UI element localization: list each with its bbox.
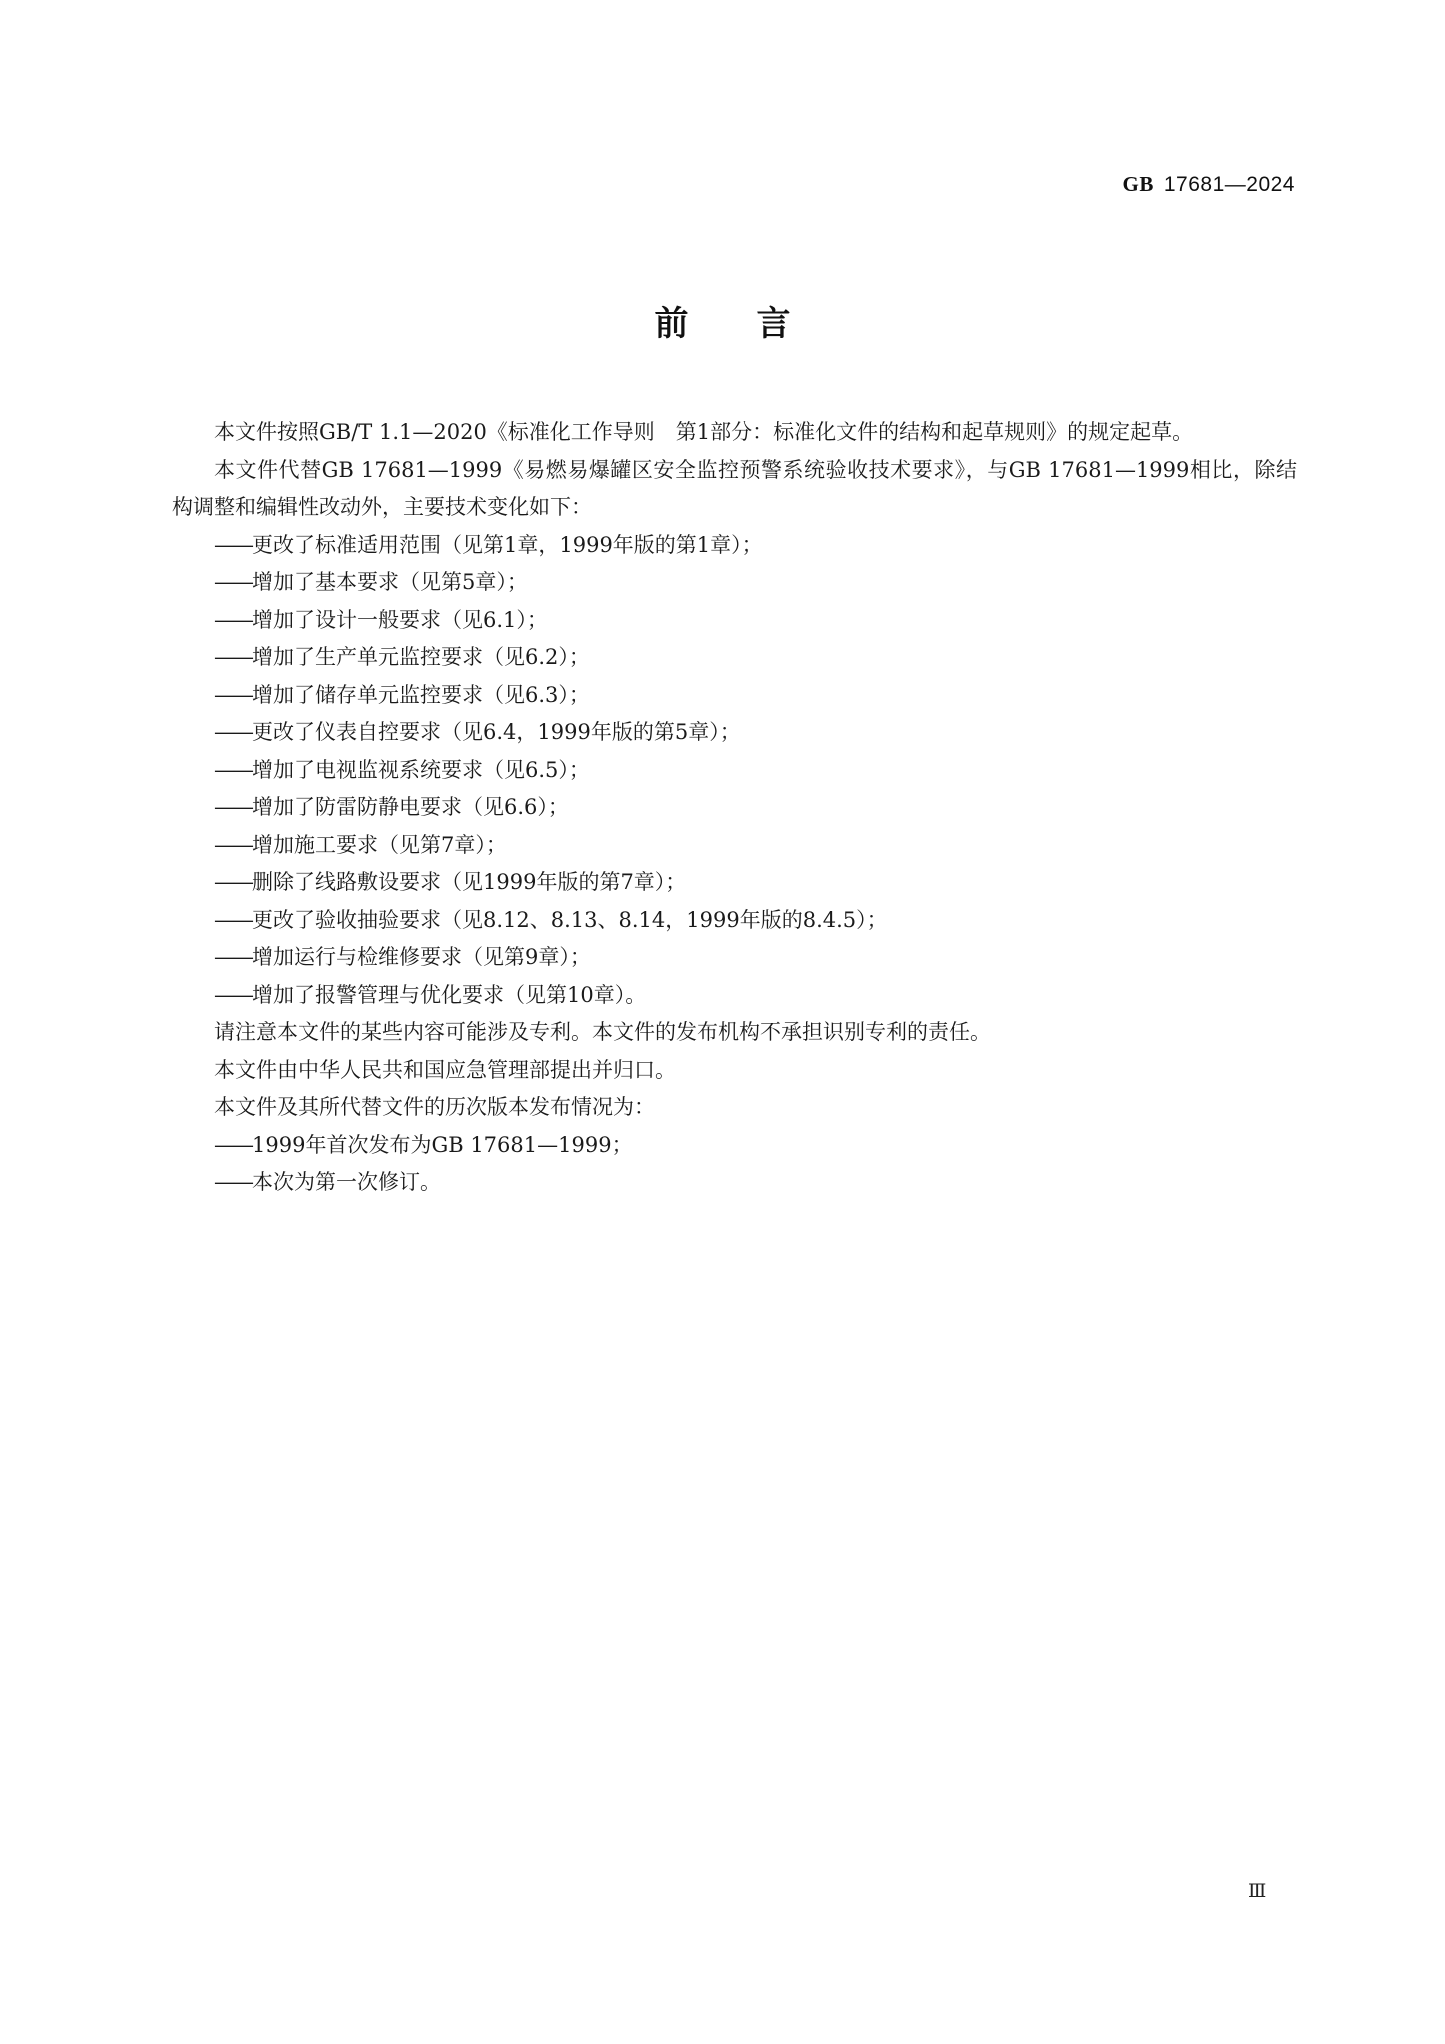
proposer-paragraph: 本文件由中华人民共和国应急管理部提出并归口。 — [172, 1052, 1297, 1090]
list-item: ——本次为第一次修订。 — [172, 1164, 1297, 1202]
dash-marker: —— — [214, 1127, 252, 1165]
dash-marker: —— — [214, 639, 252, 677]
list-item: ——增加了电视监视系统要求（见6.5）； — [172, 752, 1297, 790]
list-item: ——1999年首次发布为GB 17681—1999； — [172, 1127, 1297, 1165]
drafting-rule-paragraph: 本文件按照GB/T 1.1—2020《标准化工作导则 第1部分：标准化文件的结构… — [172, 414, 1297, 452]
list-item: ——更改了验收抽验要求（见8.12、8.13、8.14，1999年版的8.4.5… — [172, 902, 1297, 940]
list-item: ——增加了防雷防静电要求（见6.6）； — [172, 789, 1297, 827]
dash-marker: —— — [214, 564, 252, 602]
list-item: ——删除了线路敷设要求（见1999年版的第7章）； — [172, 864, 1297, 902]
standard-prefix: GB — [1123, 172, 1154, 196]
replacement-paragraph: 本文件代替GB 17681—1999《易燃易爆罐区安全监控预警系统验收技术要求》… — [172, 452, 1297, 527]
version-history-list: ——1999年首次发布为GB 17681—1999； ——本次为第一次修订。 — [172, 1127, 1297, 1202]
list-item: ——增加运行与检维修要求（见第9章）； — [172, 939, 1297, 977]
dash-marker: —— — [214, 527, 252, 565]
title-char-1: 前 — [655, 296, 689, 345]
technical-changes-list: ——更改了标准适用范围（见第1章，1999年版的第1章）； ——增加了基本要求（… — [172, 527, 1297, 1015]
standard-code-header: GB17681—2024 — [1123, 172, 1295, 197]
list-item: ——增加了储存单元监控要求（见6.3）； — [172, 677, 1297, 715]
dash-marker: —— — [214, 789, 252, 827]
page-title: 前言 — [0, 296, 1445, 345]
dash-marker: —— — [214, 864, 252, 902]
list-item: ——增加了设计一般要求（见6.1）； — [172, 602, 1297, 640]
dash-marker: —— — [214, 602, 252, 640]
dash-marker: —— — [214, 827, 252, 865]
dash-marker: —— — [214, 752, 252, 790]
list-item: ——更改了标准适用范围（见第1章，1999年版的第1章）； — [172, 527, 1297, 565]
list-item: ——增加施工要求（见第7章）； — [172, 827, 1297, 865]
dash-marker: —— — [214, 1164, 252, 1202]
list-item: ——增加了报警管理与优化要求（见第10章）。 — [172, 977, 1297, 1015]
standard-number: 17681—2024 — [1164, 173, 1295, 196]
list-item: ——更改了仪表自控要求（见6.4，1999年版的第5章）； — [172, 714, 1297, 752]
dash-marker: —— — [214, 939, 252, 977]
patent-notice-paragraph: 请注意本文件的某些内容可能涉及专利。本文件的发布机构不承担识别专利的责任。 — [172, 1014, 1297, 1052]
foreword-body: 本文件按照GB/T 1.1—2020《标准化工作导则 第1部分：标准化文件的结构… — [172, 414, 1297, 1202]
dash-marker: —— — [214, 977, 252, 1015]
title-char-2: 言 — [757, 296, 791, 345]
dash-marker: —— — [214, 714, 252, 752]
page-number: Ⅲ — [1248, 1880, 1266, 1903]
dash-marker: —— — [214, 902, 252, 940]
list-item: ——增加了基本要求（见第5章）； — [172, 564, 1297, 602]
dash-marker: —— — [214, 677, 252, 715]
list-item: ——增加了生产单元监控要求（见6.2）； — [172, 639, 1297, 677]
history-intro-paragraph: 本文件及其所代替文件的历次版本发布情况为： — [172, 1089, 1297, 1127]
